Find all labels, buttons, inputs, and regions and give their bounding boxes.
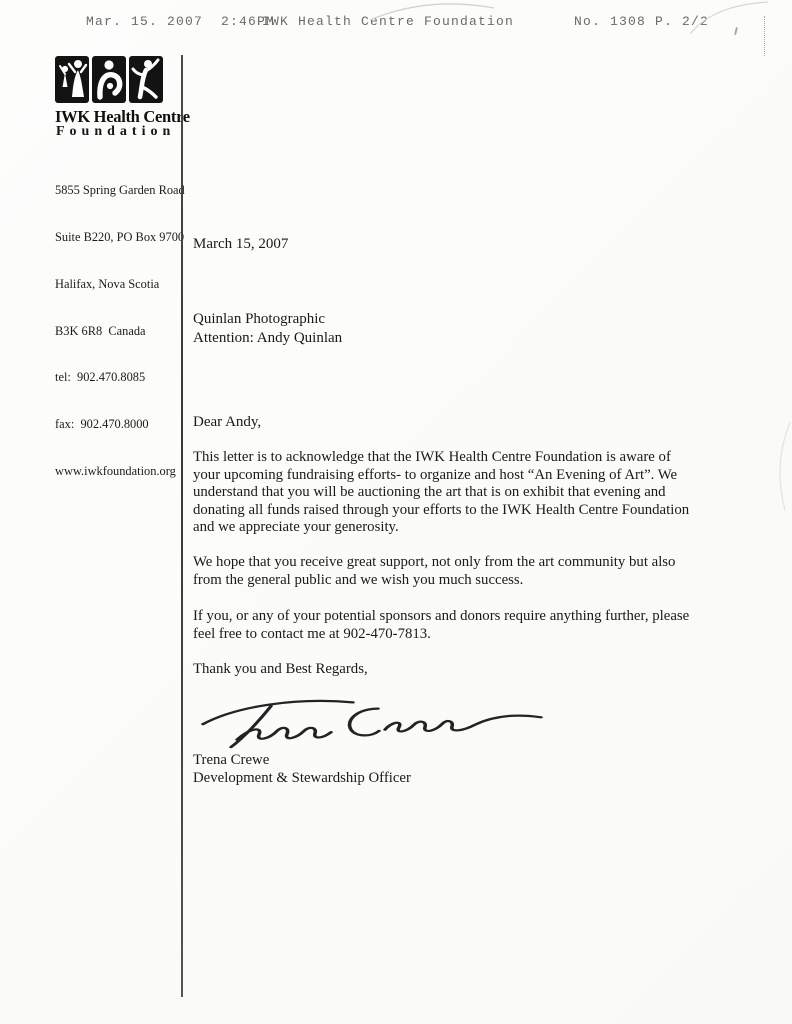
- address-line: Suite B220, PO Box 9700: [55, 230, 185, 246]
- address-line-fax: fax: 902.470.8000: [55, 417, 185, 433]
- address-line: Halifax, Nova Scotia: [55, 277, 185, 293]
- closing-line: Thank you and Best Regards,: [193, 661, 693, 679]
- scan-artifact-dotted-line: [764, 16, 765, 56]
- address-line-tel: tel: 902.470.8085: [55, 370, 185, 386]
- iwk-foundation-logo-icon: [55, 56, 165, 111]
- paragraph-contact: If you, or any of your potential sponsor…: [193, 608, 693, 643]
- address-line-website: www.iwkfoundation.org: [55, 464, 185, 480]
- letter-body: March 15, 2007 Quinlan Photographic Atte…: [193, 0, 693, 1024]
- letter-date: March 15, 2007: [193, 236, 693, 253]
- recipient-block: Quinlan Photographic Attention: Andy Qui…: [193, 310, 693, 347]
- salutation: Dear Andy,: [193, 414, 693, 431]
- letterhead-vertical-rule: [181, 55, 183, 997]
- scanned-fax-letter-page: Mar. 15. 2007 2:46PM IWK Health Centre F…: [0, 0, 792, 1024]
- scan-artifact-curve-right-edge: [774, 420, 792, 512]
- paragraph-support: We hope that you receive great support, …: [193, 554, 693, 589]
- address-line: B3K 6R8 Canada: [55, 324, 185, 340]
- address-line: 5855 Spring Garden Road: [55, 183, 185, 199]
- signer-name: Trena Crewe: [193, 752, 693, 769]
- scan-artifact-speck: [734, 27, 738, 35]
- recipient-company: Quinlan Photographic: [193, 310, 693, 329]
- letterhead-org-subname: Foundation: [56, 124, 175, 140]
- recipient-attention: Attention: Andy Quinlan: [193, 329, 693, 348]
- signer-title: Development & Stewardship Officer: [193, 770, 693, 787]
- letterhead-address-block: 5855 Spring Garden Road Suite B220, PO B…: [55, 152, 185, 511]
- paragraph-acknowledgement: This letter is to acknowledge that the I…: [193, 449, 693, 537]
- handwritten-signature: [193, 690, 693, 752]
